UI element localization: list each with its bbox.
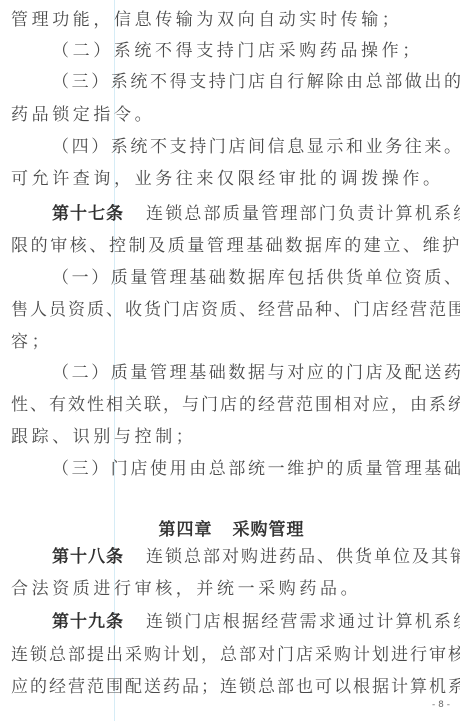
article-text: 连锁总部对购进药品、供货单位及其销售人员的: [146, 547, 460, 567]
article-line: 第十七条连锁总部质量管理部门负责计算机系统操作权: [11, 204, 452, 224]
article-text: 连锁门店根据经营需求通过计算机系统向所属: [146, 612, 460, 632]
paragraph-line: 容；: [11, 332, 452, 352]
paragraph-line: 连锁总部提出采购计划，总部对门店采购计划进行审核后，按相: [11, 645, 452, 665]
page-number: - 8 -: [432, 700, 450, 710]
paragraph-line: 可允许查询，业务往来仅限经审批的调拨操作。: [11, 169, 452, 189]
article-line: 第十八条连锁总部对购进药品、供货单位及其销售人员的: [11, 547, 452, 567]
paragraph-line: 售人员资质、收货门店资质、经营品种、门店经营范围等相关内: [11, 300, 452, 320]
paragraph-line: 应的经营范围配送药品；连锁总部也可以根据计算机系统中门店: [11, 677, 452, 697]
paragraph-line: 跟踪、识别与控制；: [11, 427, 452, 447]
list-item-line: （二）系统不得支持门店采购药品操作；: [11, 41, 452, 61]
article-line: 第十九条连锁门店根据经营需求通过计算机系统向所属: [11, 612, 452, 632]
paragraph-line: 合法资质进行审核，并统一采购药品。: [11, 579, 452, 599]
paragraph-line: 管理功能，信息传输为双向自动实时传输；: [11, 10, 452, 30]
chapter-heading: 第四章采购管理: [11, 515, 452, 540]
list-item-line: （三）门店使用由总部统一维护的质量管理基础数据库。: [11, 459, 452, 479]
article-text: 连锁总部质量管理部门负责计算机系统操作权: [146, 204, 460, 224]
paragraph-line: 性、有效性相关联，与门店的经营范围相对应，由系统进行自动: [11, 395, 452, 415]
chapter-number: 第四章: [159, 520, 213, 540]
article-number: 第十九条: [52, 612, 124, 632]
article-number: 第十七条: [52, 204, 124, 224]
article-number: 第十八条: [52, 547, 124, 567]
list-item-line: （二）质量管理基础数据与对应的门店及配送药品的合法: [11, 363, 452, 383]
list-item-line: （四）系统不支持门店间信息显示和业务往来。信息显示仅: [11, 137, 452, 157]
list-item-line: （三）系统不得支持门店自行解除由总部做出的质量控制和: [11, 72, 452, 92]
chapter-title: 采购管理: [233, 520, 305, 540]
paragraph-line: 药品锁定指令。: [11, 105, 452, 125]
list-item-line: （一）质量管理基础数据库包括供货单位资质、供货单位销: [11, 268, 452, 288]
paragraph-line: 限的审核、控制及质量管理基础数据库的建立、维护及更新。: [11, 236, 452, 256]
